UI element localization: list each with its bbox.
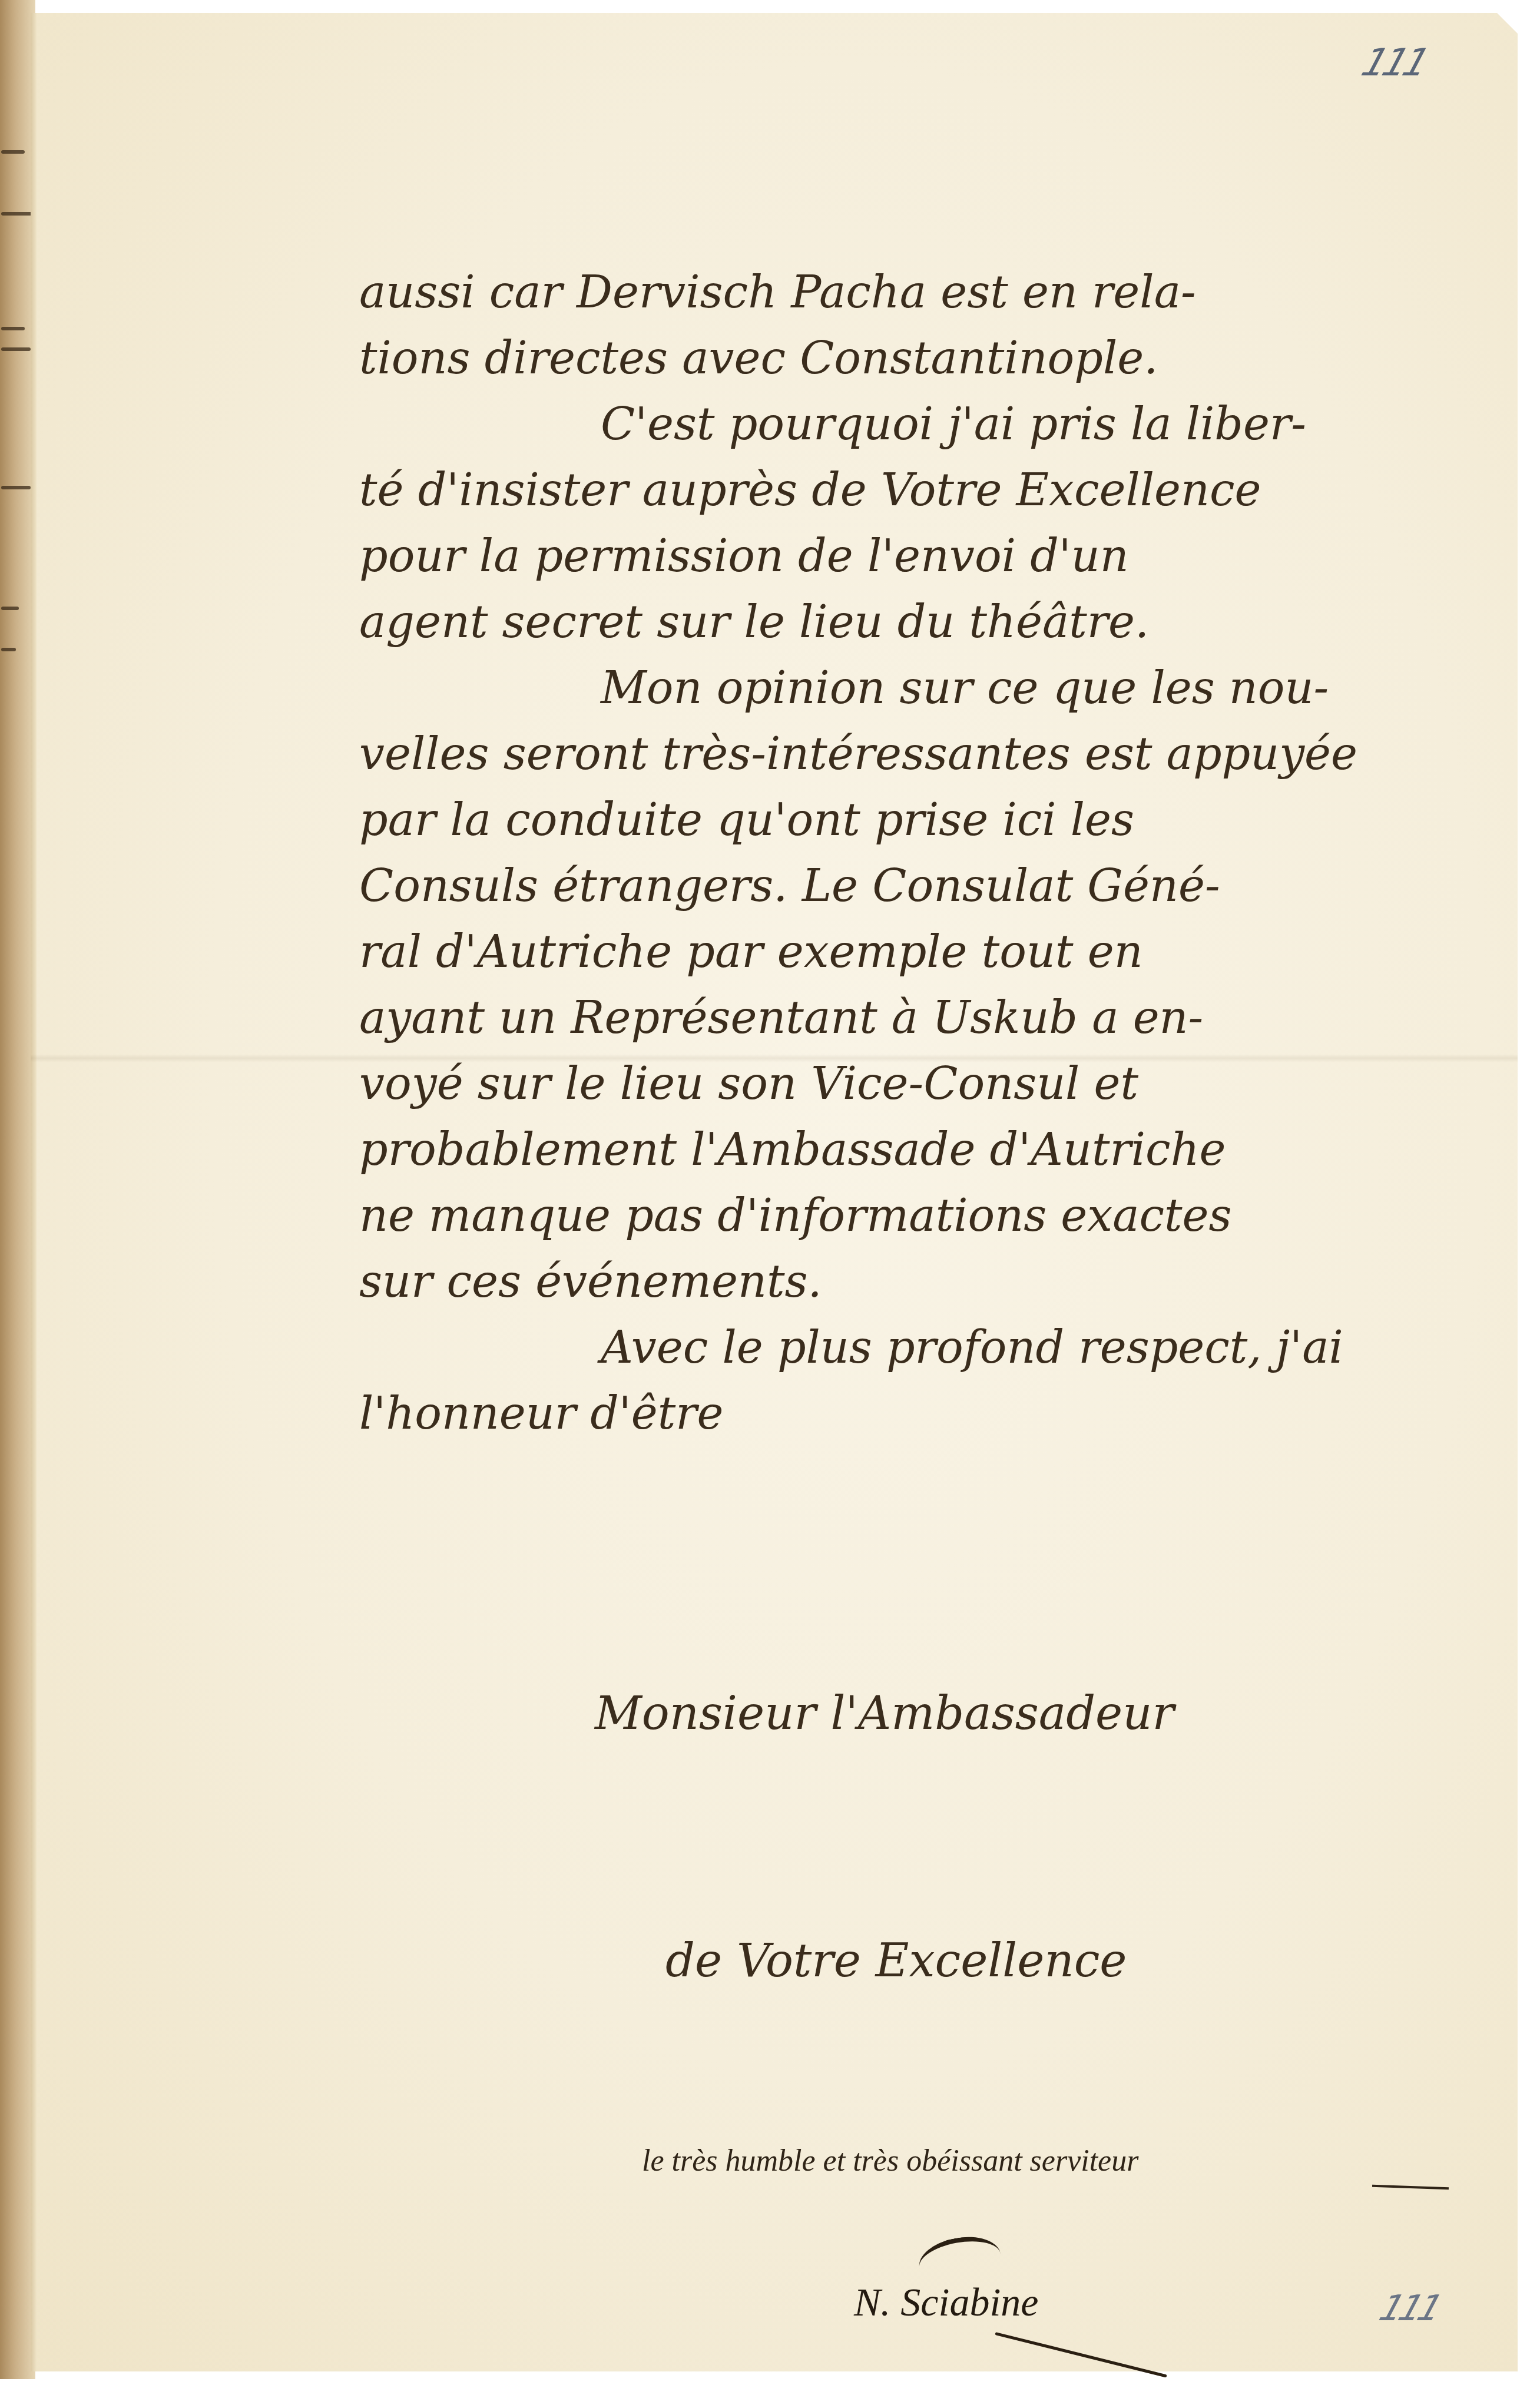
body-line-paragraph-start: Avec le plus profond respect, j'ai — [359, 1314, 1496, 1380]
body-line: pour la permission de l'envoi d'un — [359, 523, 1496, 589]
body-line: voyé sur le lieu son Vice-Consul et — [359, 1051, 1496, 1117]
body-line: Consuls étrangers. Le Consulat Géné- — [359, 853, 1496, 919]
closing-phrase: de Votre Excellence — [665, 1934, 1127, 1987]
body-line: tions directes avec Constantinople. — [359, 325, 1496, 391]
body-line: ral d'Autriche par exemple tout en — [359, 919, 1496, 985]
bleed-through-ink — [1, 327, 25, 330]
document-scan: 111 aussi car Dervisch Pacha est en rela… — [0, 0, 1540, 2385]
body-line: agent secret sur le lieu du théâtre. — [359, 589, 1496, 655]
bleed-through-ink — [1, 648, 16, 651]
bleed-through-ink — [1, 347, 31, 351]
body-line: velles seront très-intéressantes est app… — [359, 721, 1496, 787]
bleed-through-ink — [1, 212, 34, 216]
body-line: ne manque pas d'informations exactes — [359, 1182, 1496, 1248]
body-line: par la conduite qu'ont prise ici les — [359, 787, 1496, 853]
bleed-through-ink — [1, 150, 25, 154]
bleed-through-ink — [1, 607, 19, 610]
bleed-through-ink — [1, 486, 31, 489]
letter-body: aussi car Dervisch Pacha est en rela- ti… — [359, 259, 1496, 1446]
body-line: aussi car Dervisch Pacha est en rela- — [359, 259, 1496, 325]
body-line: probablement l'Ambassade d'Autriche — [359, 1117, 1496, 1182]
body-line: sur ces événements. — [359, 1248, 1496, 1314]
servant-line: le très humble et très obéissant servite… — [642, 2144, 1138, 2178]
body-line: ayant un Représentant à Uskub a en- — [359, 985, 1496, 1051]
body-line-paragraph-start: Mon opinion sur ce que les nou- — [359, 655, 1496, 721]
binding-gutter — [31, 13, 37, 2371]
signature: N. Sciabine — [854, 2279, 1039, 2326]
facing-page-edge — [0, 0, 35, 2379]
salutation: Monsieur l'Ambassadeur — [595, 1687, 1174, 1740]
body-line: té d'insister auprès de Votre Excellence — [359, 457, 1496, 523]
body-line-paragraph-start: C'est pourquoi j'ai pris la liber- — [359, 391, 1496, 457]
body-line: l'honneur d'être — [359, 1380, 1496, 1446]
